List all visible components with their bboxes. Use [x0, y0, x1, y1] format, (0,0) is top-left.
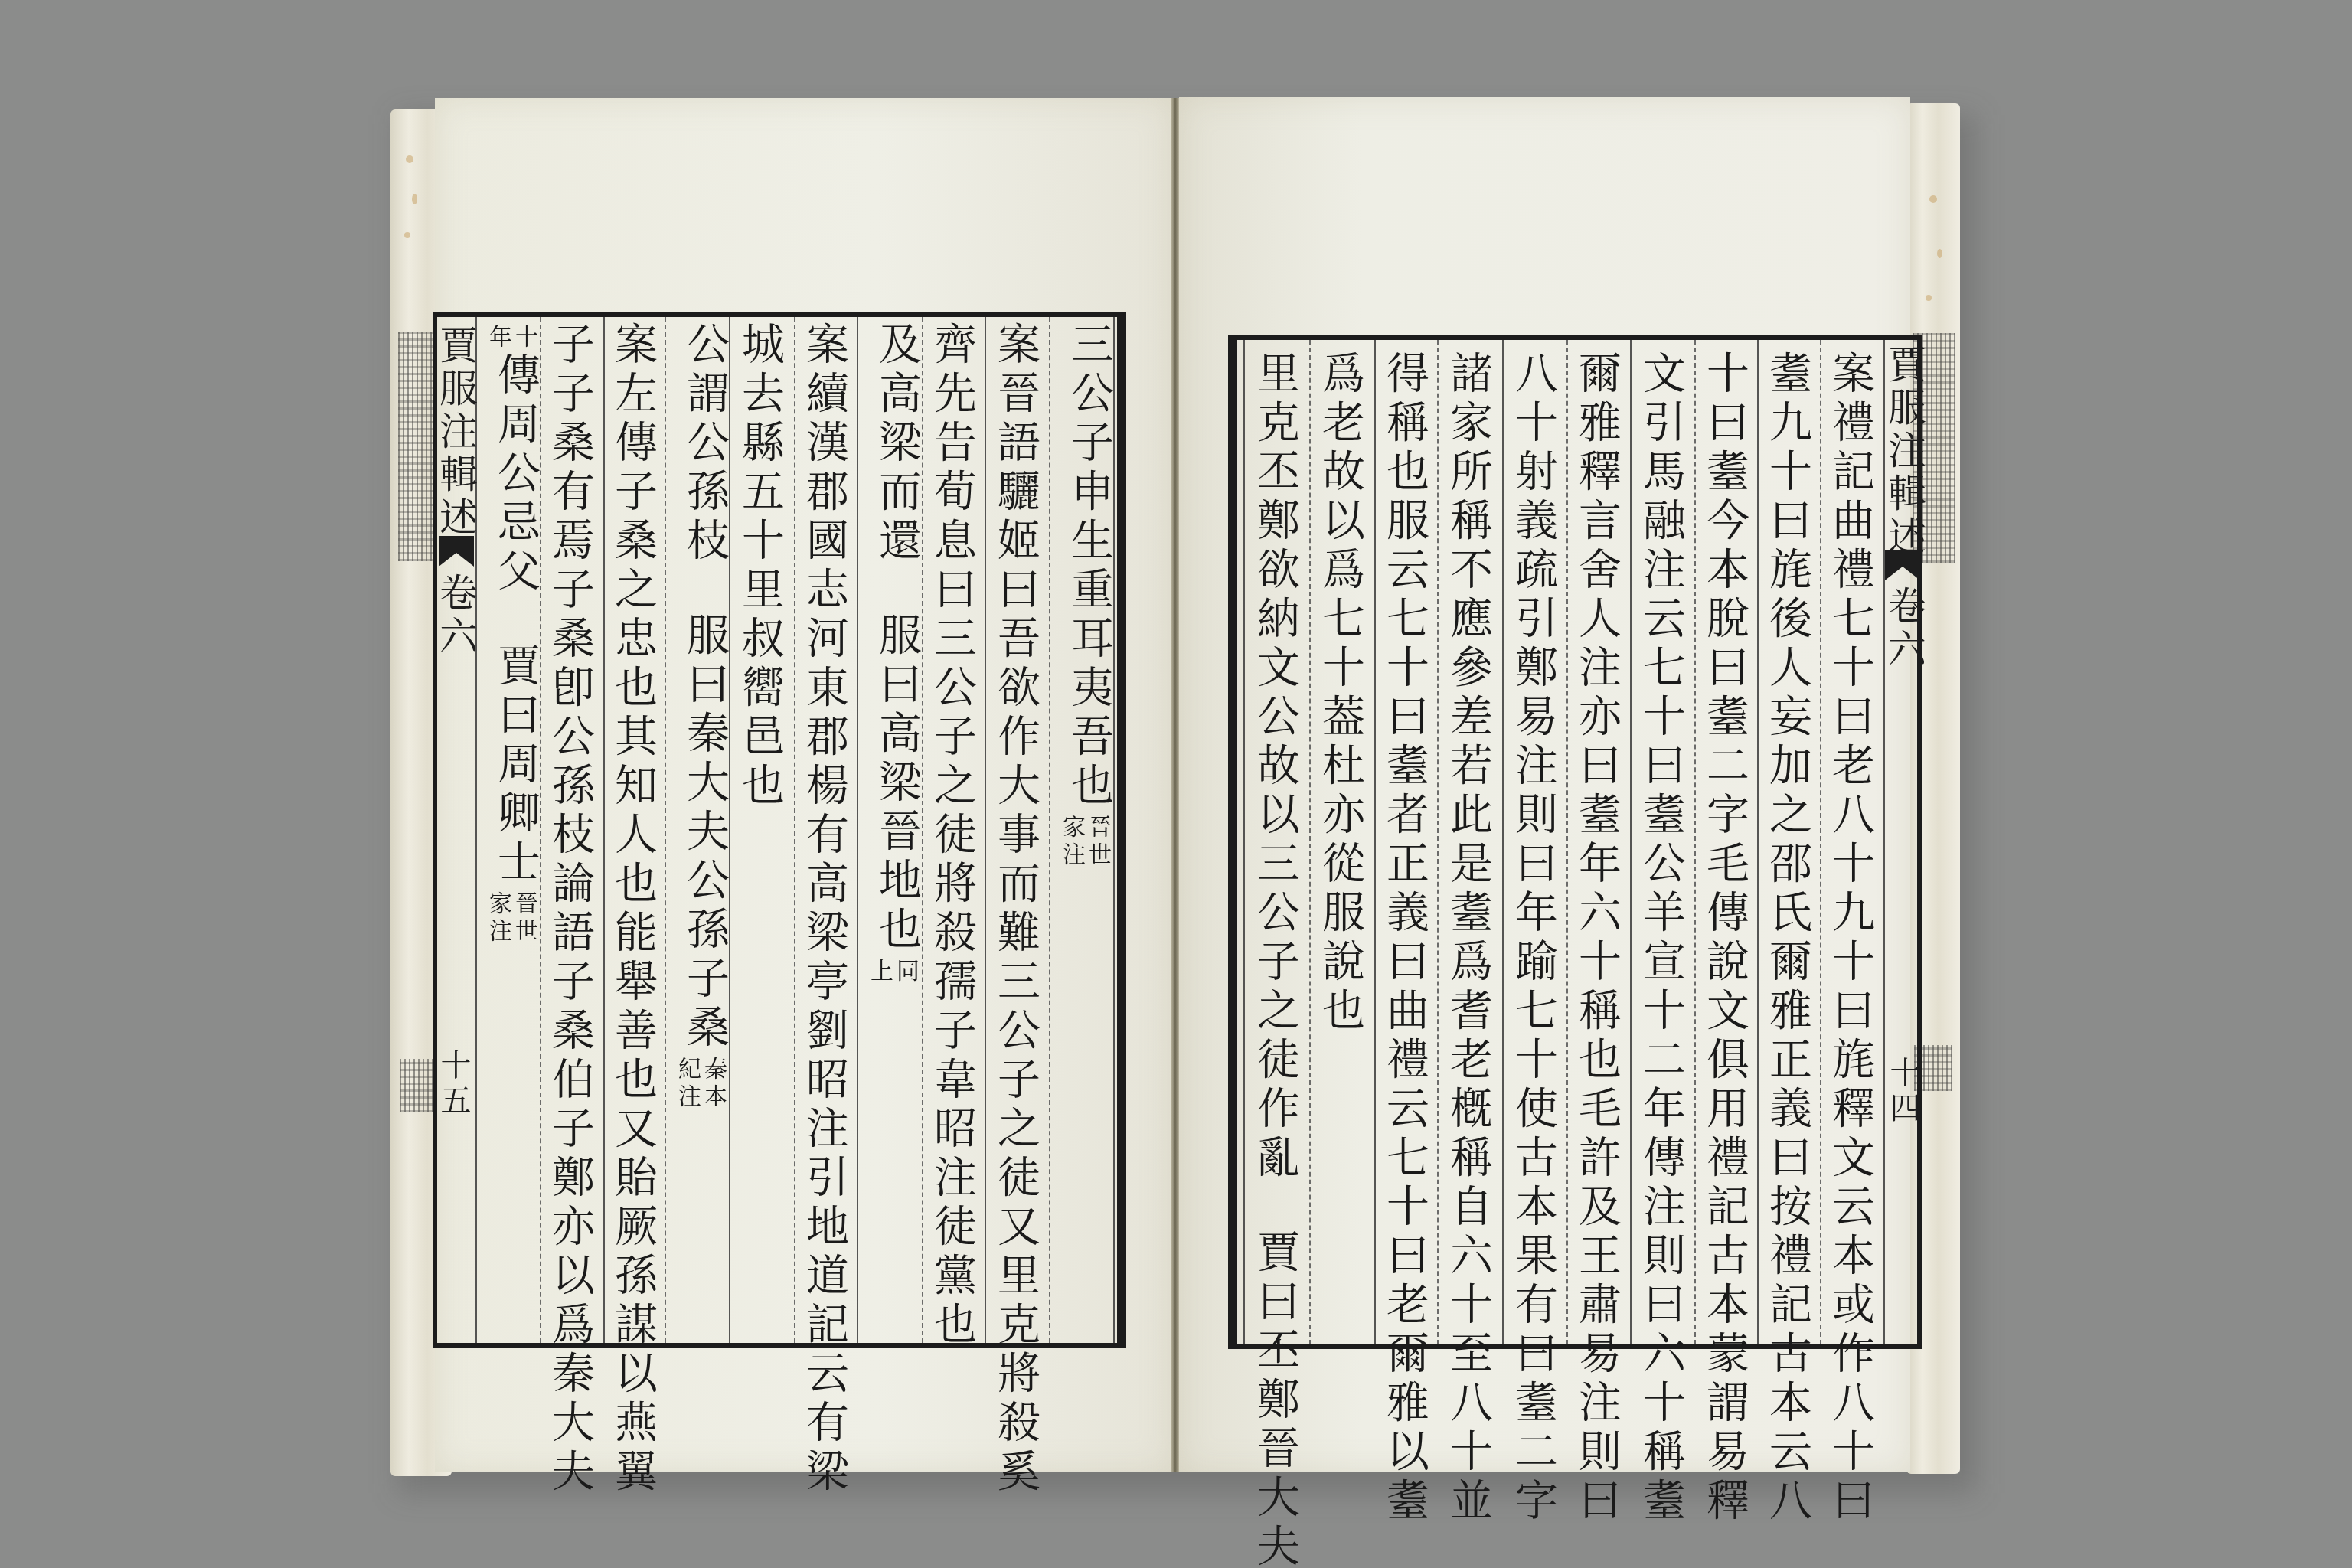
column-rule	[1243, 340, 1245, 1344]
main-text: 文引馬融注云七十曰耋公羊宣十二年傳注則曰六十稱耋	[1636, 351, 1686, 1527]
main-text: 爾雅釋言舍人注亦曰耋年六十稱也毛許及王肅易注則曰	[1572, 351, 1622, 1527]
column-rule	[857, 317, 858, 1343]
text-column: 得稱也服云七十曰耋者正義曰曲禮云七十曰老爾雅以耋	[1383, 351, 1426, 1527]
right-fold-page-number: 十四	[1887, 1057, 1918, 1127]
interlinear-note: 秦本紀注	[674, 1057, 726, 1112]
column-rule	[794, 317, 795, 1343]
note-line: 同	[892, 959, 918, 986]
interlinear-note: 同上	[866, 959, 918, 986]
text-column: 八十射義疏引鄭易注則曰年踰七十使古本果有曰耋二字	[1511, 351, 1554, 1527]
main-text: 服曰秦大夫公孫子桑	[680, 612, 730, 1053]
main-text: 三公子申生重耳夷吾也	[1064, 322, 1114, 812]
text-column: 城去縣五十里叔嚮邑也	[738, 322, 781, 812]
text-column: 諸家所稱不應參差若此是耋爲耆老槪稱自六十至八十並	[1446, 351, 1489, 1527]
column-rule	[1049, 317, 1050, 1343]
main-text: 案續漢郡國志河東郡楊有高梁亭劉昭注引地道記云有梁	[799, 322, 849, 1498]
column-rule	[1820, 340, 1821, 1344]
note-line: 上	[866, 959, 892, 986]
main-text: 案禮記曲禮七十曰老八十九十曰旄釋文云本或作八十曰	[1825, 351, 1875, 1527]
note-line: 晉世	[1084, 815, 1110, 870]
main-text: 齊先告荀息曰三公子之徒將殺孺子韋昭注徒黨也	[927, 322, 977, 1351]
note-line: 紀注	[674, 1057, 700, 1112]
text-column: 十曰耋今本脫曰耋二字毛傳說文俱用禮記古本蒙謂易釋	[1703, 351, 1746, 1527]
column-rule	[1694, 340, 1696, 1344]
note-line: 十	[511, 325, 537, 352]
main-text: 賈曰周卿士	[491, 643, 541, 888]
column-rule	[1757, 340, 1759, 1344]
main-text: 十曰耋今本脫曰耋二字毛傳說文俱用禮記古本蒙謂易釋	[1700, 351, 1749, 1527]
main-text: 諸家所稱不應參差若此是耋爲耆老槪稱自六十至八十並	[1443, 351, 1493, 1527]
text-column: 文引馬融注云七十曰耋公羊宣十二年傳注則曰六十稱耋	[1639, 351, 1682, 1527]
main-text: 里克丕鄭欲納文公故以三公子之徒作亂	[1250, 351, 1300, 1184]
main-text: 城去縣五十里叔嚮邑也	[735, 322, 785, 812]
text-column: 耋九十曰旄後人妄加之邵氏爾雅正義曰按禮記古本云八	[1766, 351, 1808, 1527]
left-fold-title: 賈服注輯述	[436, 325, 475, 540]
column-rule	[603, 317, 605, 1343]
text-column: 案禮記曲禮七十曰老八十九十曰旄釋文云本或作八十曰	[1828, 351, 1871, 1527]
column-rule	[1630, 340, 1632, 1344]
text-column: 子子桑有焉子桑卽公孫枝論語子桑伯子鄭亦以爲秦大夫	[548, 322, 591, 1498]
main-text: 案左傳子桑之忠也其知人也能舉善也又貽厥孫謀以燕翼	[608, 322, 658, 1498]
interlinear-note: 晉世家注	[1058, 815, 1110, 870]
interlinear-note: 晉世家注	[485, 891, 537, 946]
column-rule	[922, 317, 923, 1343]
interlinear-note: 十年	[485, 325, 537, 352]
left-fold-page-number: 十五	[438, 1049, 469, 1119]
right-fold-volume: 卷六	[1885, 586, 1923, 671]
text-column: 爲老故以爲七十葢杜亦從服說也	[1318, 351, 1361, 1037]
text-column: 及高梁而還服曰高梁晉地也同上	[866, 322, 918, 986]
left-fold-volume: 卷六	[436, 573, 475, 658]
main-text: 案晉語驪姬曰吾欲作大事而難三公子之徒又里克將殺奚	[991, 322, 1040, 1498]
text-column: 案續漢郡國志河東郡楊有高梁亭劉昭注引地道記云有梁	[802, 322, 845, 1498]
main-text: 服曰高梁晉地也	[872, 612, 922, 955]
text-column: 案左傳子桑之忠也其知人也能舉善也又貽厥孫謀以燕翼	[611, 322, 654, 1498]
main-text: 子子桑有焉子桑卽公孫枝論語子桑伯子鄭亦以爲秦大夫	[545, 322, 595, 1498]
main-text: 及高梁而還	[872, 322, 922, 567]
column-rule	[1374, 340, 1376, 1344]
column-rule	[985, 317, 986, 1343]
column-rule	[665, 317, 666, 1343]
text-column: 爾雅釋言舍人注亦曰耋年六十稱也毛許及王肅易注則曰	[1575, 351, 1618, 1527]
column-rule	[1437, 340, 1439, 1344]
note-line: 年	[485, 325, 511, 352]
text-column: 里克丕鄭欲納文公故以三公子之徒作亂賈曰丕鄭晉大夫	[1253, 351, 1296, 1568]
text-column: 十年傳周公忌父賈曰周卿士晉世家注	[485, 322, 537, 946]
right-fold-title: 賈服注輯述	[1885, 345, 1923, 559]
main-text: 賈曰丕鄭晉大夫	[1250, 1230, 1300, 1568]
main-text: 耋九十曰旄後人妄加之邵氏爾雅正義曰按禮記古本云八	[1762, 351, 1812, 1527]
column-rule	[1566, 340, 1568, 1344]
text-column: 齊先告荀息曰三公子之徒將殺孺子韋昭注徒黨也	[930, 322, 973, 1351]
text-column: 公謂公孫枝服曰秦大夫公孫子桑秦本紀注	[674, 322, 726, 1112]
note-line: 秦本	[700, 1057, 726, 1112]
note-line: 晉世	[511, 891, 537, 946]
column-rule	[1502, 340, 1504, 1344]
main-text: 公謂公孫枝	[680, 322, 730, 567]
text-column: 案晉語驪姬曰吾欲作大事而難三公子之徒又里克將殺奚	[994, 322, 1037, 1498]
note-line: 家注	[1058, 815, 1084, 870]
main-text: 得稱也服云七十曰耋者正義曰曲禮云七十曰老爾雅以耋	[1380, 351, 1429, 1527]
column-rule	[1309, 340, 1311, 1344]
main-text: 傳周公忌父	[491, 352, 541, 597]
main-text: 八十射義疏引鄭易注則曰年踰七十使古本果有曰耋二字	[1508, 351, 1558, 1527]
note-line: 家注	[485, 891, 511, 946]
main-text: 爲老故以爲七十葢杜亦從服說也	[1315, 351, 1365, 1037]
book-gutter	[1171, 98, 1179, 1472]
text-column: 三公子申生重耳夷吾也晉世家注	[1058, 322, 1110, 870]
